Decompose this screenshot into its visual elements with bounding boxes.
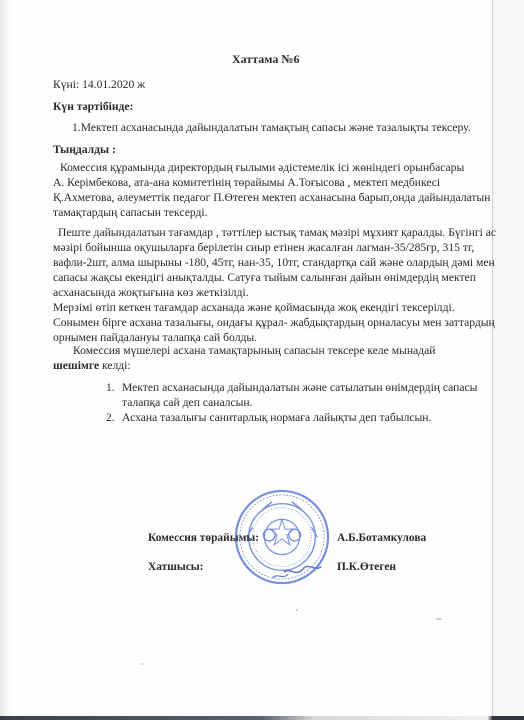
scan-artifact [296, 609, 298, 611]
heard-heading: Тыңдалды : [53, 142, 116, 157]
scan-right-margin [493, 0, 524, 720]
decision-text: талапқа сай деп саналсын. [122, 395, 253, 410]
decision-number: 2. [106, 410, 115, 425]
scan-artifact [436, 618, 442, 620]
date-line: Күні: 14.01.2020 ж [53, 77, 145, 92]
decision-rest: келді: [99, 359, 131, 372]
paragraph-line: А. Керімбекова, ата-ана комитетінің төра… [53, 175, 440, 190]
secretary-label: Хатшысы: [148, 560, 203, 575]
paragraph-line: Қ.Ахметова, әлеуметтік педагог П.Өтеген … [53, 190, 490, 205]
decision-line: шешімге келді: [53, 358, 131, 373]
decision-text: Мектеп асханасында дайындалатын және сат… [122, 380, 477, 395]
paragraph-line: мәзірі бойынша оқушыларға берілетін сиыр… [53, 240, 474, 255]
paragraph-line: Сонымен бірге асхана тазалығы, ондағы құ… [53, 315, 495, 330]
paragraph-line: Пеште дайындалатын тағамдар , тәттілер ы… [58, 225, 496, 240]
scan-bottom-edge [0, 716, 524, 720]
decision-text: Асхана тазалығы санитарлық нормаға лайық… [122, 410, 431, 425]
scan-page-edge [492, 0, 493, 720]
paragraph-line: тамақтардың сапасын тексерді. [53, 205, 208, 220]
agenda-item: 1.Мектеп асханасында дайындалатын тамақт… [72, 120, 471, 135]
decision-bold-word: шешімге [53, 359, 99, 372]
paragraph-line: сапасы жақсы екендігі анықталды. Сатуға … [53, 270, 476, 285]
secretary-name: П.К.Өтеген [337, 560, 396, 575]
paragraph-line: Комессия құрамында директордың ғылыми әд… [60, 160, 464, 175]
paragraph-line: Мерзімі өтіп кеткен тағамдар асханада жә… [53, 300, 455, 315]
scanned-page: Хаттама №6 Күні: 14.01.2020 ж Күн тәртіб… [0, 0, 524, 720]
decision-intro: Комессия мүшелері асхана тамақтарының са… [73, 343, 435, 358]
chair-name: А.Б.Ботамкулова [337, 531, 426, 546]
decision-number: 1. [106, 380, 115, 395]
scan-artifact [140, 663, 144, 665]
paragraph-line: асханасында жоқтығына көз жеткізілді. [53, 285, 249, 300]
chair-label: Комессия төрайымы: [148, 531, 259, 546]
document-title: Хаттама №6 [232, 52, 299, 67]
agenda-heading: Күн тәртібінде: [53, 99, 133, 114]
paragraph-line: вафли-2шт, алма шырыны -180, 45тг, нан-3… [53, 255, 495, 270]
